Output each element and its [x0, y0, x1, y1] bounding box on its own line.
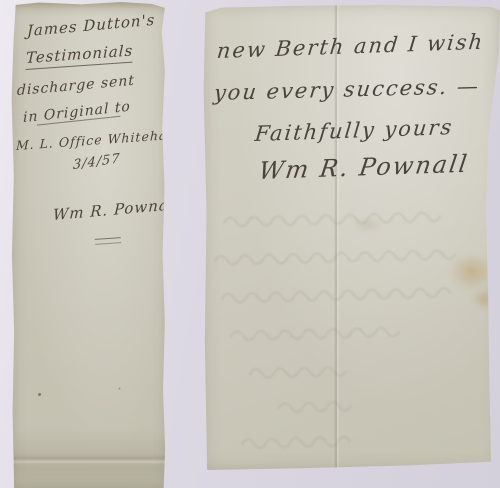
left-doc-line-5: M. L. Office Whitehall [16, 127, 178, 153]
photo-background: James Dutton's Testimonials discharge se… [0, 0, 500, 488]
right-document: new Berth and I wish you every success. … [203, 5, 500, 470]
foxing-stain-small [471, 288, 497, 310]
left-doc-line-1: James Dutton's [27, 11, 156, 40]
left-doc-date: 3/4/57 [73, 151, 121, 173]
ink-speck [38, 393, 41, 396]
ink-showthrough [206, 197, 498, 464]
left-doc-line-4-text: in Original to [23, 99, 131, 126]
left-doc-line-4: in Original to [23, 99, 131, 126]
right-doc-line-2: you every success. — [213, 74, 482, 105]
signature-flourish [95, 237, 121, 245]
right-doc-line-3: Faithfully yours [254, 115, 455, 146]
left-doc-line-3: discharge sent [17, 73, 135, 99]
right-doc-line-1: new Berth and I wish [216, 30, 486, 63]
paper-crease [11, 454, 168, 464]
foxing-stain [449, 253, 495, 291]
left-doc-signature: Wm R. Pownall [53, 195, 181, 224]
left-document: James Dutton's Testimonials discharge se… [11, 2, 168, 488]
paper-edge-shading [11, 2, 168, 488]
right-doc-signature: Wm R. Pownall [257, 150, 471, 185]
left-doc-line-2: Testimonials [26, 41, 134, 70]
smudge [353, 217, 383, 233]
